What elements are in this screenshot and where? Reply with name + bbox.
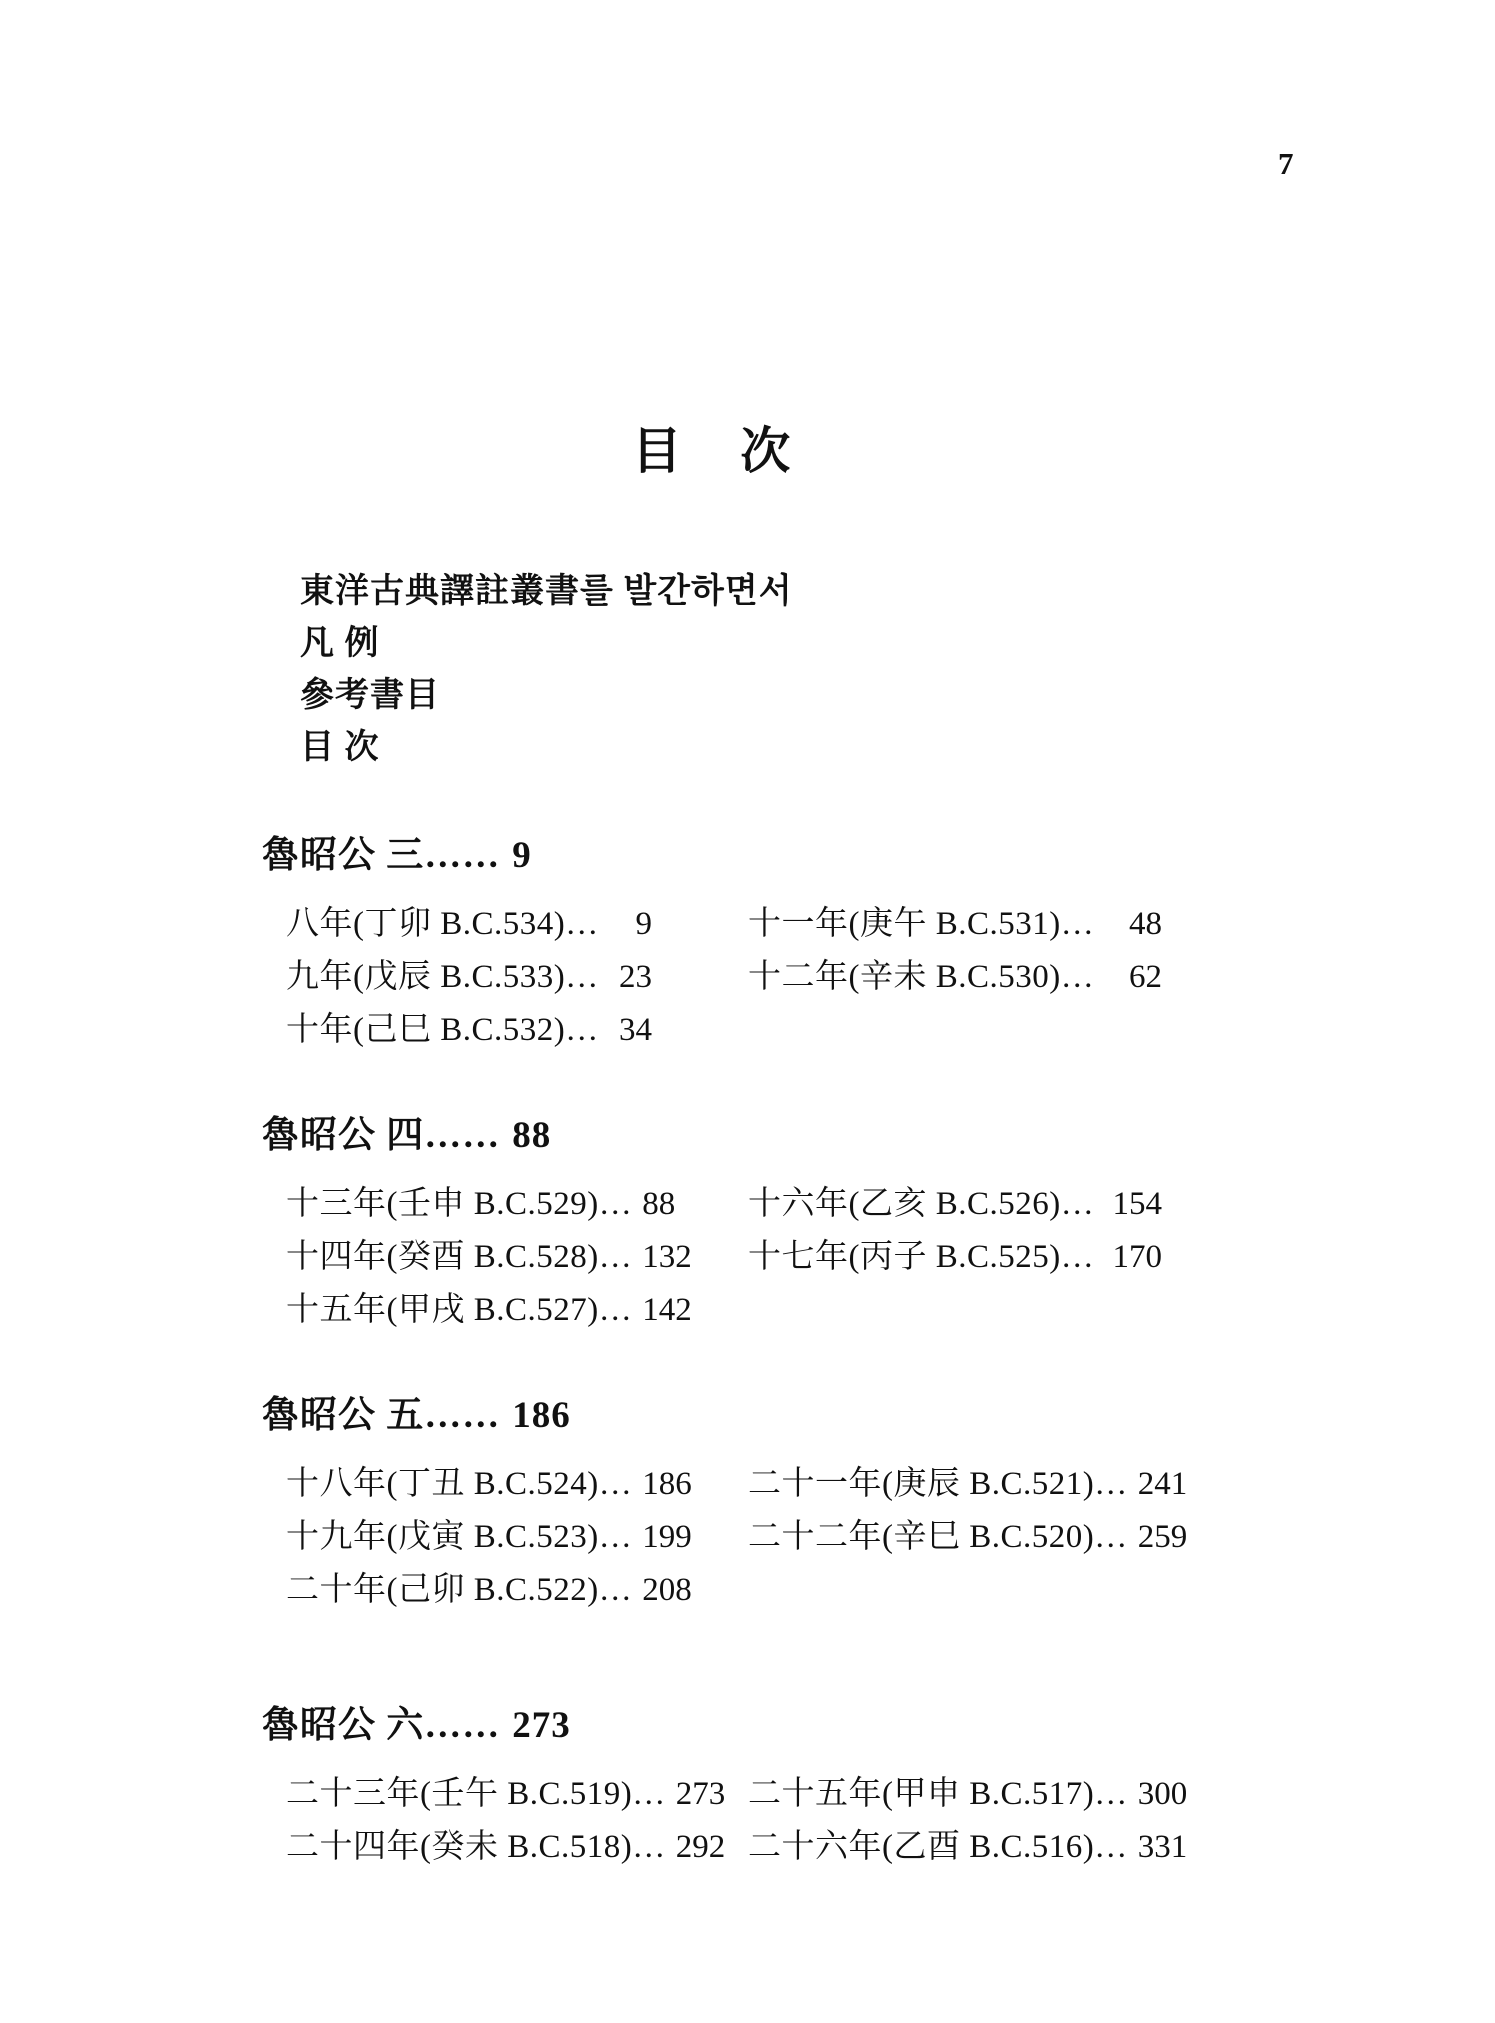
toc-entry: 十五年(甲戌 B.C.527)… 142 [286, 1284, 652, 1337]
section-entries: 八年(丁卯 B.C.534)… 9 九年(戊辰 B.C.533)… 23 十年(… [262, 898, 1167, 1057]
toc-entry: 二十六年(乙酉 B.C.516)… 331 [748, 1821, 1162, 1874]
entry-label: 十六年(乙亥 B.C.526)… [748, 1178, 1094, 1231]
entry-label: 二十五年(甲申 B.C.517)… [748, 1768, 1128, 1821]
toc-entry: 二十一年(庚辰 B.C.521)… 241 [748, 1458, 1162, 1511]
entry-label: 十七年(丙子 B.C.525)… [748, 1231, 1094, 1284]
entry-label: 二十六年(乙酉 B.C.516)… [748, 1821, 1128, 1874]
entry-page: 273 [676, 1768, 726, 1821]
entry-label: 二十年(己卯 B.C.522)… [286, 1564, 632, 1617]
entry-page: 331 [1138, 1821, 1188, 1874]
page-number: 7 [1278, 146, 1295, 182]
entries-left-column: 十三年(壬申 B.C.529)… 88 十四年(癸酉 B.C.528)… 132… [286, 1178, 652, 1337]
section-entries: 二十三年(壬午 B.C.519)… 273 二十四年(癸未 B.C.518)… … [262, 1768, 1167, 1874]
entry-label: 十三年(壬申 B.C.529)… [286, 1178, 632, 1231]
section-heading-label: 魯昭公 六…… [262, 1705, 500, 1746]
entry-page: 170 [1113, 1231, 1163, 1284]
toc-section: 魯昭公 六……273 二十三年(壬午 B.C.519)… 273 二十四年(癸未… [262, 1702, 1167, 1874]
section-heading: 魯昭公 五……186 [262, 1392, 1167, 1440]
entry-label: 八年(丁卯 B.C.534)… [286, 898, 599, 951]
entry-page: 142 [642, 1284, 692, 1337]
entry-label: 十五年(甲戌 B.C.527)… [286, 1284, 632, 1337]
toc-entry: 九年(戊辰 B.C.533)… 23 [286, 951, 652, 1004]
entry-page: 9 [636, 898, 653, 951]
toc-entry: 十一年(庚午 B.C.531)… 48 [748, 898, 1162, 951]
toc-entry: 二十三年(壬午 B.C.519)… 273 [286, 1768, 652, 1821]
entries-right-column: 十一年(庚午 B.C.531)… 48 十二年(辛未 B.C.530)… 62 [748, 898, 1162, 1004]
section-heading-label: 魯昭公 三…… [262, 835, 500, 876]
section-heading-page: 9 [512, 835, 532, 876]
entry-page: 208 [642, 1564, 692, 1617]
section-heading: 魯昭公 六……273 [262, 1702, 1167, 1750]
entries-left-column: 二十三年(壬午 B.C.519)… 273 二十四年(癸未 B.C.518)… … [286, 1768, 652, 1874]
entry-page: 132 [642, 1231, 692, 1284]
front-matter-item-contents: 目 次 [300, 722, 793, 774]
entry-label: 九年(戊辰 B.C.533)… [286, 951, 599, 1004]
entry-page: 292 [676, 1821, 726, 1874]
toc-entry: 十二年(辛未 B.C.530)… 62 [748, 951, 1162, 1004]
entry-page: 199 [642, 1511, 692, 1564]
entry-label: 二十四年(癸未 B.C.518)… [286, 1821, 666, 1874]
section-heading-page: 273 [512, 1705, 571, 1746]
section-entries: 十八年(丁丑 B.C.524)… 186 十九年(戊寅 B.C.523)… 19… [262, 1458, 1167, 1617]
entry-label: 二十一年(庚辰 B.C.521)… [748, 1458, 1128, 1511]
entry-page: 154 [1113, 1178, 1163, 1231]
entry-label: 十四年(癸酉 B.C.528)… [286, 1231, 632, 1284]
toc-entry: 二十二年(辛巳 B.C.520)… 259 [748, 1511, 1162, 1564]
entry-label: 十一年(庚午 B.C.531)… [748, 898, 1094, 951]
entry-label: 十九年(戊寅 B.C.523)… [286, 1511, 632, 1564]
entry-label: 十二年(辛未 B.C.530)… [748, 951, 1094, 1004]
section-entries: 十三年(壬申 B.C.529)… 88 十四年(癸酉 B.C.528)… 132… [262, 1178, 1167, 1337]
toc-section: 魯昭公 三……9 八年(丁卯 B.C.534)… 9 九年(戊辰 B.C.533… [262, 832, 1167, 1057]
toc-entry: 二十五年(甲申 B.C.517)… 300 [748, 1768, 1162, 1821]
toc-section: 魯昭公 四……88 十三年(壬申 B.C.529)… 88 十四年(癸酉 B.C… [262, 1112, 1167, 1337]
toc-entry: 二十年(己卯 B.C.522)… 208 [286, 1564, 652, 1617]
toc-entry: 十四年(癸酉 B.C.528)… 132 [286, 1231, 652, 1284]
entry-page: 48 [1129, 898, 1162, 951]
entry-page: 34 [619, 1004, 652, 1057]
section-heading-page: 88 [512, 1115, 551, 1156]
toc-entry: 八年(丁卯 B.C.534)… 9 [286, 898, 652, 951]
section-heading: 魯昭公 三……9 [262, 832, 1167, 880]
entries-right-column: 二十一年(庚辰 B.C.521)… 241 二十二年(辛巳 B.C.520)… … [748, 1458, 1162, 1564]
entry-page: 186 [642, 1458, 692, 1511]
entry-label: 十年(己巳 B.C.532)… [286, 1004, 599, 1057]
toc-entry: 十六年(乙亥 B.C.526)… 154 [748, 1178, 1162, 1231]
section-heading: 魯昭公 四……88 [262, 1112, 1167, 1160]
entry-page: 241 [1138, 1458, 1188, 1511]
entry-page: 300 [1138, 1768, 1188, 1821]
toc-entry: 十九年(戊寅 B.C.523)… 199 [286, 1511, 652, 1564]
toc-section: 魯昭公 五……186 十八年(丁丑 B.C.524)… 186 十九年(戊寅 B… [262, 1392, 1167, 1617]
toc-title: 目 次 [262, 422, 1162, 480]
toc-entry: 十八年(丁丑 B.C.524)… 186 [286, 1458, 652, 1511]
entries-right-column: 二十五年(甲申 B.C.517)… 300 二十六年(乙酉 B.C.516)… … [748, 1768, 1162, 1874]
front-matter-item-bibliography: 參考書目 [300, 670, 793, 722]
entry-page: 259 [1138, 1511, 1188, 1564]
entries-left-column: 十八年(丁丑 B.C.524)… 186 十九年(戊寅 B.C.523)… 19… [286, 1458, 652, 1617]
entries-left-column: 八年(丁卯 B.C.534)… 9 九年(戊辰 B.C.533)… 23 十年(… [286, 898, 652, 1057]
toc-entry: 十年(己巳 B.C.532)… 34 [286, 1004, 652, 1057]
book-page: 7 目 次 東洋古典譯註叢書를 발간하면서 凡 例 參考書目 目 次 魯昭公 三… [0, 0, 1495, 2023]
entry-label: 十八年(丁丑 B.C.524)… [286, 1458, 632, 1511]
section-heading-label: 魯昭公 五…… [262, 1395, 500, 1436]
entry-page: 23 [619, 951, 652, 1004]
front-matter-list: 東洋古典譯註叢書를 발간하면서 凡 例 參考書目 目 次 [300, 566, 793, 774]
front-matter-item-explanatory-notes: 凡 例 [300, 618, 793, 670]
section-heading-label: 魯昭公 四…… [262, 1115, 500, 1156]
entry-page: 62 [1129, 951, 1162, 1004]
entry-label: 二十二年(辛巳 B.C.520)… [748, 1511, 1128, 1564]
toc-entry: 十七年(丙子 B.C.525)… 170 [748, 1231, 1162, 1284]
toc-entry: 十三年(壬申 B.C.529)… 88 [286, 1178, 652, 1231]
entry-page: 88 [642, 1178, 675, 1231]
entry-label: 二十三年(壬午 B.C.519)… [286, 1768, 666, 1821]
front-matter-item-foreword: 東洋古典譯註叢書를 발간하면서 [300, 566, 793, 618]
entries-right-column: 十六年(乙亥 B.C.526)… 154 十七年(丙子 B.C.525)… 17… [748, 1178, 1162, 1284]
toc-entry: 二十四年(癸未 B.C.518)… 292 [286, 1821, 652, 1874]
section-heading-page: 186 [512, 1395, 571, 1436]
